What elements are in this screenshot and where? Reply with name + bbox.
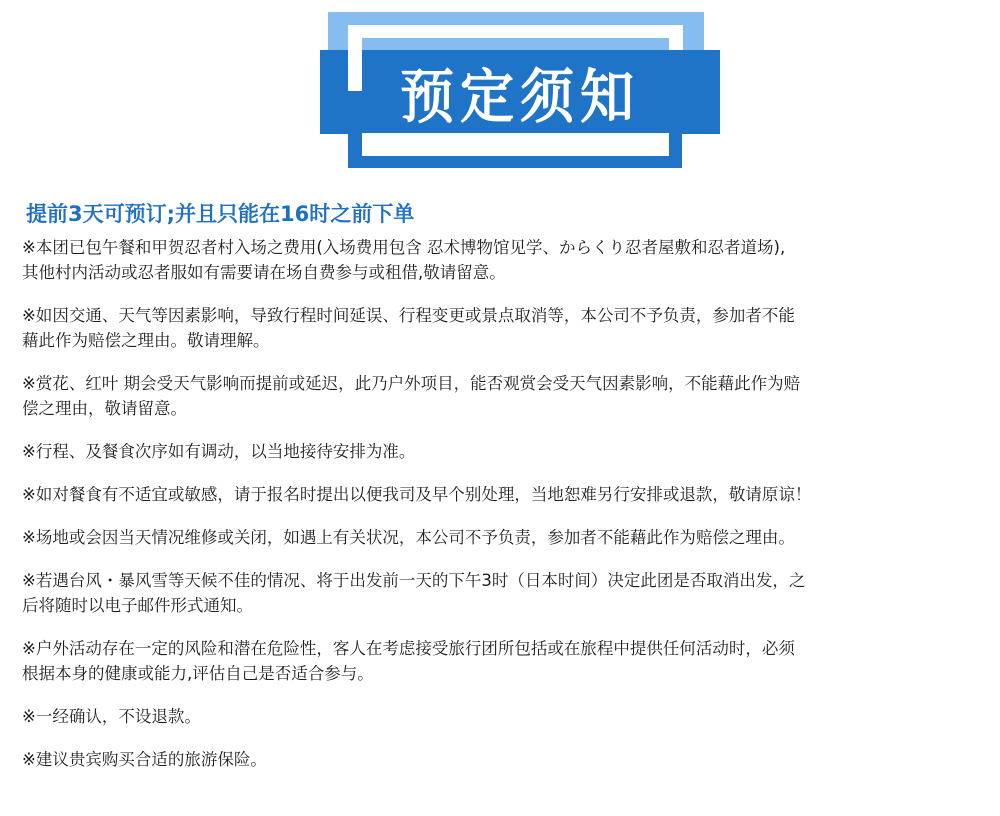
notice-list: ※本团已包午餐和甲贺忍者村入场之费用(入场费用包含 忍术博物馆见学、からくり忍者… <box>22 235 992 790</box>
notice-line: 藉此作为赔偿之理由。敬请理解。 <box>22 328 992 353</box>
notice-line: ※若遇台风・暴风雪等天候不佳的情况、将于出发前一天的下午3时（日本时间）决定此团… <box>22 568 992 593</box>
notice-item: ※户外活动存在一定的风险和潜在危险性，客人在考虑接受旅行团所包括或在旅程中提供任… <box>22 636 992 686</box>
notice-item: ※本团已包午餐和甲贺忍者村入场之费用(入场费用包含 忍术博物馆见学、からくり忍者… <box>22 235 992 285</box>
notice-item: ※如对餐食有不适宜或敏感，请于报名时提出以便我司及早个别处理，当地恕难另行安排或… <box>22 482 992 507</box>
notice-item: ※建议贵宾购买合适的旅游保险。 <box>22 747 992 772</box>
notice-item: ※若遇台风・暴风雪等天候不佳的情况、将于出发前一天的下午3时（日本时间）决定此团… <box>22 568 992 618</box>
notice-line: 根据本身的健康或能力,评估自己是否适合参与。 <box>22 661 992 686</box>
notice-line: ※建议贵宾购买合适的旅游保险。 <box>22 747 992 772</box>
notice-line: ※如对餐食有不适宜或敏感，请于报名时提出以便我司及早个别处理，当地恕难另行安排或… <box>22 482 992 507</box>
notice-line: ※赏花、红叶 期会受天气影响而提前或延迟，此乃户外项目，能否观赏会受天气因素影响… <box>22 371 992 396</box>
notice-line: ※本团已包午餐和甲贺忍者村入场之费用(入场费用包含 忍术博物馆见学、からくり忍者… <box>22 235 992 260</box>
notice-line: ※行程、及餐食次序如有调动，以当地接待安排为准。 <box>22 439 992 464</box>
notice-line: ※一经确认，不设退款。 <box>22 704 992 729</box>
notice-line: ※户外活动存在一定的风险和潜在危险性，客人在考虑接受旅行团所包括或在旅程中提供任… <box>22 636 992 661</box>
header-banner: 预定须知 <box>0 0 1000 175</box>
notice-line: 后将随时以电子邮件形式通知。 <box>22 593 992 618</box>
notice-item: ※如因交通、天气等因素影响，导致行程时间延误、行程变更或景点取消等，本公司不予负… <box>22 303 992 353</box>
notice-line: ※如因交通、天气等因素影响，导致行程时间延误、行程变更或景点取消等，本公司不予负… <box>22 303 992 328</box>
notice-line: 偿之理由，敬请留意。 <box>22 396 992 421</box>
notice-item: ※赏花、红叶 期会受天气影响而提前或延迟，此乃户外项目，能否观赏会受天气因素影响… <box>22 371 992 421</box>
notice-item: ※场地或会因当天情况维修或关闭，如遇上有关状况，本公司不予负责，参加者不能藉此作… <box>22 525 992 550</box>
notice-line: 其他村内活动或忍者服如有需要请在场自费参与或租借,敬请留意。 <box>22 260 992 285</box>
notice-line: ※场地或会因当天情况维修或关闭，如遇上有关状况，本公司不予负责，参加者不能藉此作… <box>22 525 992 550</box>
notice-item: ※一经确认，不设退款。 <box>22 704 992 729</box>
notice-item: ※行程、及餐食次序如有调动，以当地接待安排为准。 <box>22 439 992 464</box>
booking-deadline-heading: 提前3天可预订;并且只能在16时之前下单 <box>26 198 414 228</box>
page-title: 预定须知 <box>320 47 720 138</box>
